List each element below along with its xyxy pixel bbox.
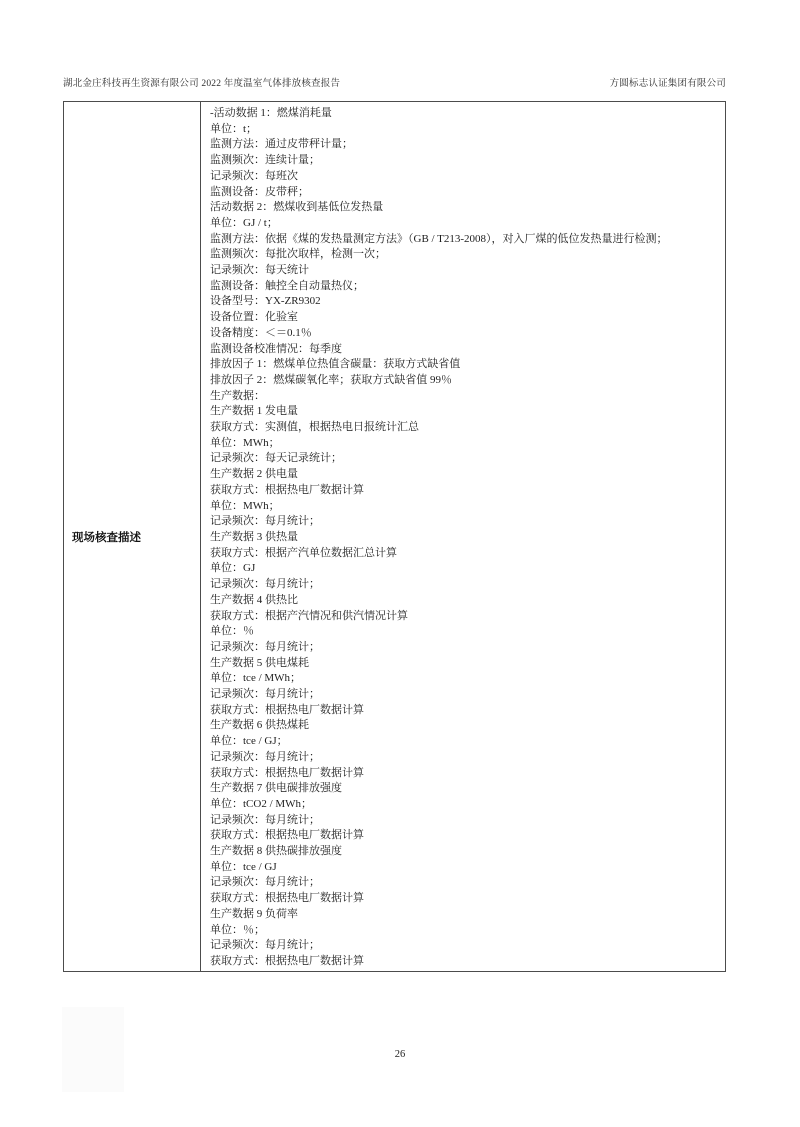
- verification-table: 现场核查描述 -活动数据 1：燃煤消耗量 单位：t； 监测方法：通过皮带秤计量；…: [63, 101, 726, 972]
- content-line: 记录频次：每月统计；: [210, 577, 719, 593]
- content-line: 获取方式：根据热电厂数据计算: [210, 891, 719, 907]
- content-line: 单位：tCO2 / MWh；: [210, 797, 719, 813]
- content-line: 记录频次：每月统计；: [210, 750, 719, 766]
- content-line: 单位：tce / GJ: [210, 860, 719, 876]
- row-content-cell: -活动数据 1：燃煤消耗量 单位：t； 监测方法：通过皮带秤计量； 监测频次：连…: [201, 102, 725, 971]
- page-header: 湖北金庄科技再生资源有限公司 2022 年度温室气体排放核查报告 方圆标志认证集…: [63, 75, 726, 89]
- content-line: 获取方式：根据热电厂数据计算: [210, 483, 719, 499]
- content-line: 记录频次：每天统计: [210, 263, 719, 279]
- content-line: 监测频次：连续计量；: [210, 153, 719, 169]
- content-line: 监测频次：每批次取样，检测一次；: [210, 247, 719, 263]
- content-line: 记录频次：每月统计；: [210, 813, 719, 829]
- content-line: 生产数据 7 供电碳排放强度: [210, 781, 719, 797]
- content-line: 监测设备：皮带秤；: [210, 185, 719, 201]
- content-line: 生产数据 4 供热比: [210, 593, 719, 609]
- content-line: 生产数据 2 供电量: [210, 467, 719, 483]
- content-line: 记录频次：每月统计；: [210, 875, 719, 891]
- content-line: 获取方式：根据热电厂数据计算: [210, 766, 719, 782]
- page-number: 26: [0, 1049, 800, 1060]
- content-line: 排放因子 1：燃煤单位热值含碳量：获取方式缺省值: [210, 357, 719, 373]
- content-line: 单位：t；: [210, 122, 719, 138]
- row-label: 现场核查描述: [72, 529, 141, 545]
- content-line: 记录频次：每天记录统计；: [210, 451, 719, 467]
- content-line: 单位：GJ: [210, 561, 719, 577]
- content-line: 设备位置：化验室: [210, 310, 719, 326]
- content-line: 单位：tce / MWh；: [210, 671, 719, 687]
- content-line: 记录频次：每月统计；: [210, 514, 719, 530]
- content-line: 监测设备校准情况：每季度: [210, 342, 719, 358]
- content-line: 设备精度：＜＝0.1％: [210, 326, 719, 342]
- content-line: 获取方式：根据热电厂数据计算: [210, 828, 719, 844]
- content-line: 排放因子 2：燃煤碳氧化率；获取方式缺省值 99％: [210, 373, 719, 389]
- content-line: 活动数据 2：燃煤收到基低位发热量: [210, 200, 719, 216]
- content-line: 监测方法：通过皮带秤计量；: [210, 137, 719, 153]
- content-line: 单位：％；: [210, 923, 719, 939]
- content-line: 单位：％: [210, 624, 719, 640]
- header-right-company: 方圆标志认证集团有限公司: [610, 75, 726, 89]
- content-line: 记录频次：每班次: [210, 169, 719, 185]
- content-line: 单位：MWh；: [210, 499, 719, 515]
- content-line: 生产数据 9 负荷率: [210, 907, 719, 923]
- content-line: 生产数据 6 供热煤耗: [210, 718, 719, 734]
- content-line: 监测设备：触控全自动量热仪；: [210, 279, 719, 295]
- content-line: 单位：GJ / t；: [210, 216, 719, 232]
- content-line: 生产数据 8 供热碳排放强度: [210, 844, 719, 860]
- content-line: 获取方式：根据热电厂数据计算: [210, 703, 719, 719]
- content-line: 生产数据 3 供热量: [210, 530, 719, 546]
- content-line: 监测方法：依据《煤的发热量测定方法》（GB / T213-2008），对入厂煤的…: [210, 232, 719, 248]
- content-line: 获取方式：根据产汽情况和供汽情况计算: [210, 609, 719, 625]
- content-line: 记录频次：每月统计；: [210, 938, 719, 954]
- content-line: 单位：MWh；: [210, 436, 719, 452]
- content-line: 获取方式：根据热电厂数据计算: [210, 954, 719, 970]
- content-line: 生产数据：: [210, 389, 719, 405]
- header-left-title: 湖北金庄科技再生资源有限公司 2022 年度温室气体排放核查报告: [63, 75, 340, 89]
- content-line: 获取方式：实测值，根据热电日报统计汇总: [210, 420, 719, 436]
- content-line: -活动数据 1：燃煤消耗量: [210, 106, 719, 122]
- content-line: 记录频次：每月统计；: [210, 687, 719, 703]
- content-line: 单位：tce / GJ；: [210, 734, 719, 750]
- content-line: 记录频次：每月统计；: [210, 640, 719, 656]
- content-line: 获取方式：根据产汽单位数据汇总计算: [210, 546, 719, 562]
- row-label-cell: 现场核查描述: [64, 102, 201, 971]
- content-line: 设备型号：YX-ZR9302: [210, 294, 719, 310]
- content-line: 生产数据 5 供电煤耗: [210, 656, 719, 672]
- content-line: 生产数据 1 发电量: [210, 404, 719, 420]
